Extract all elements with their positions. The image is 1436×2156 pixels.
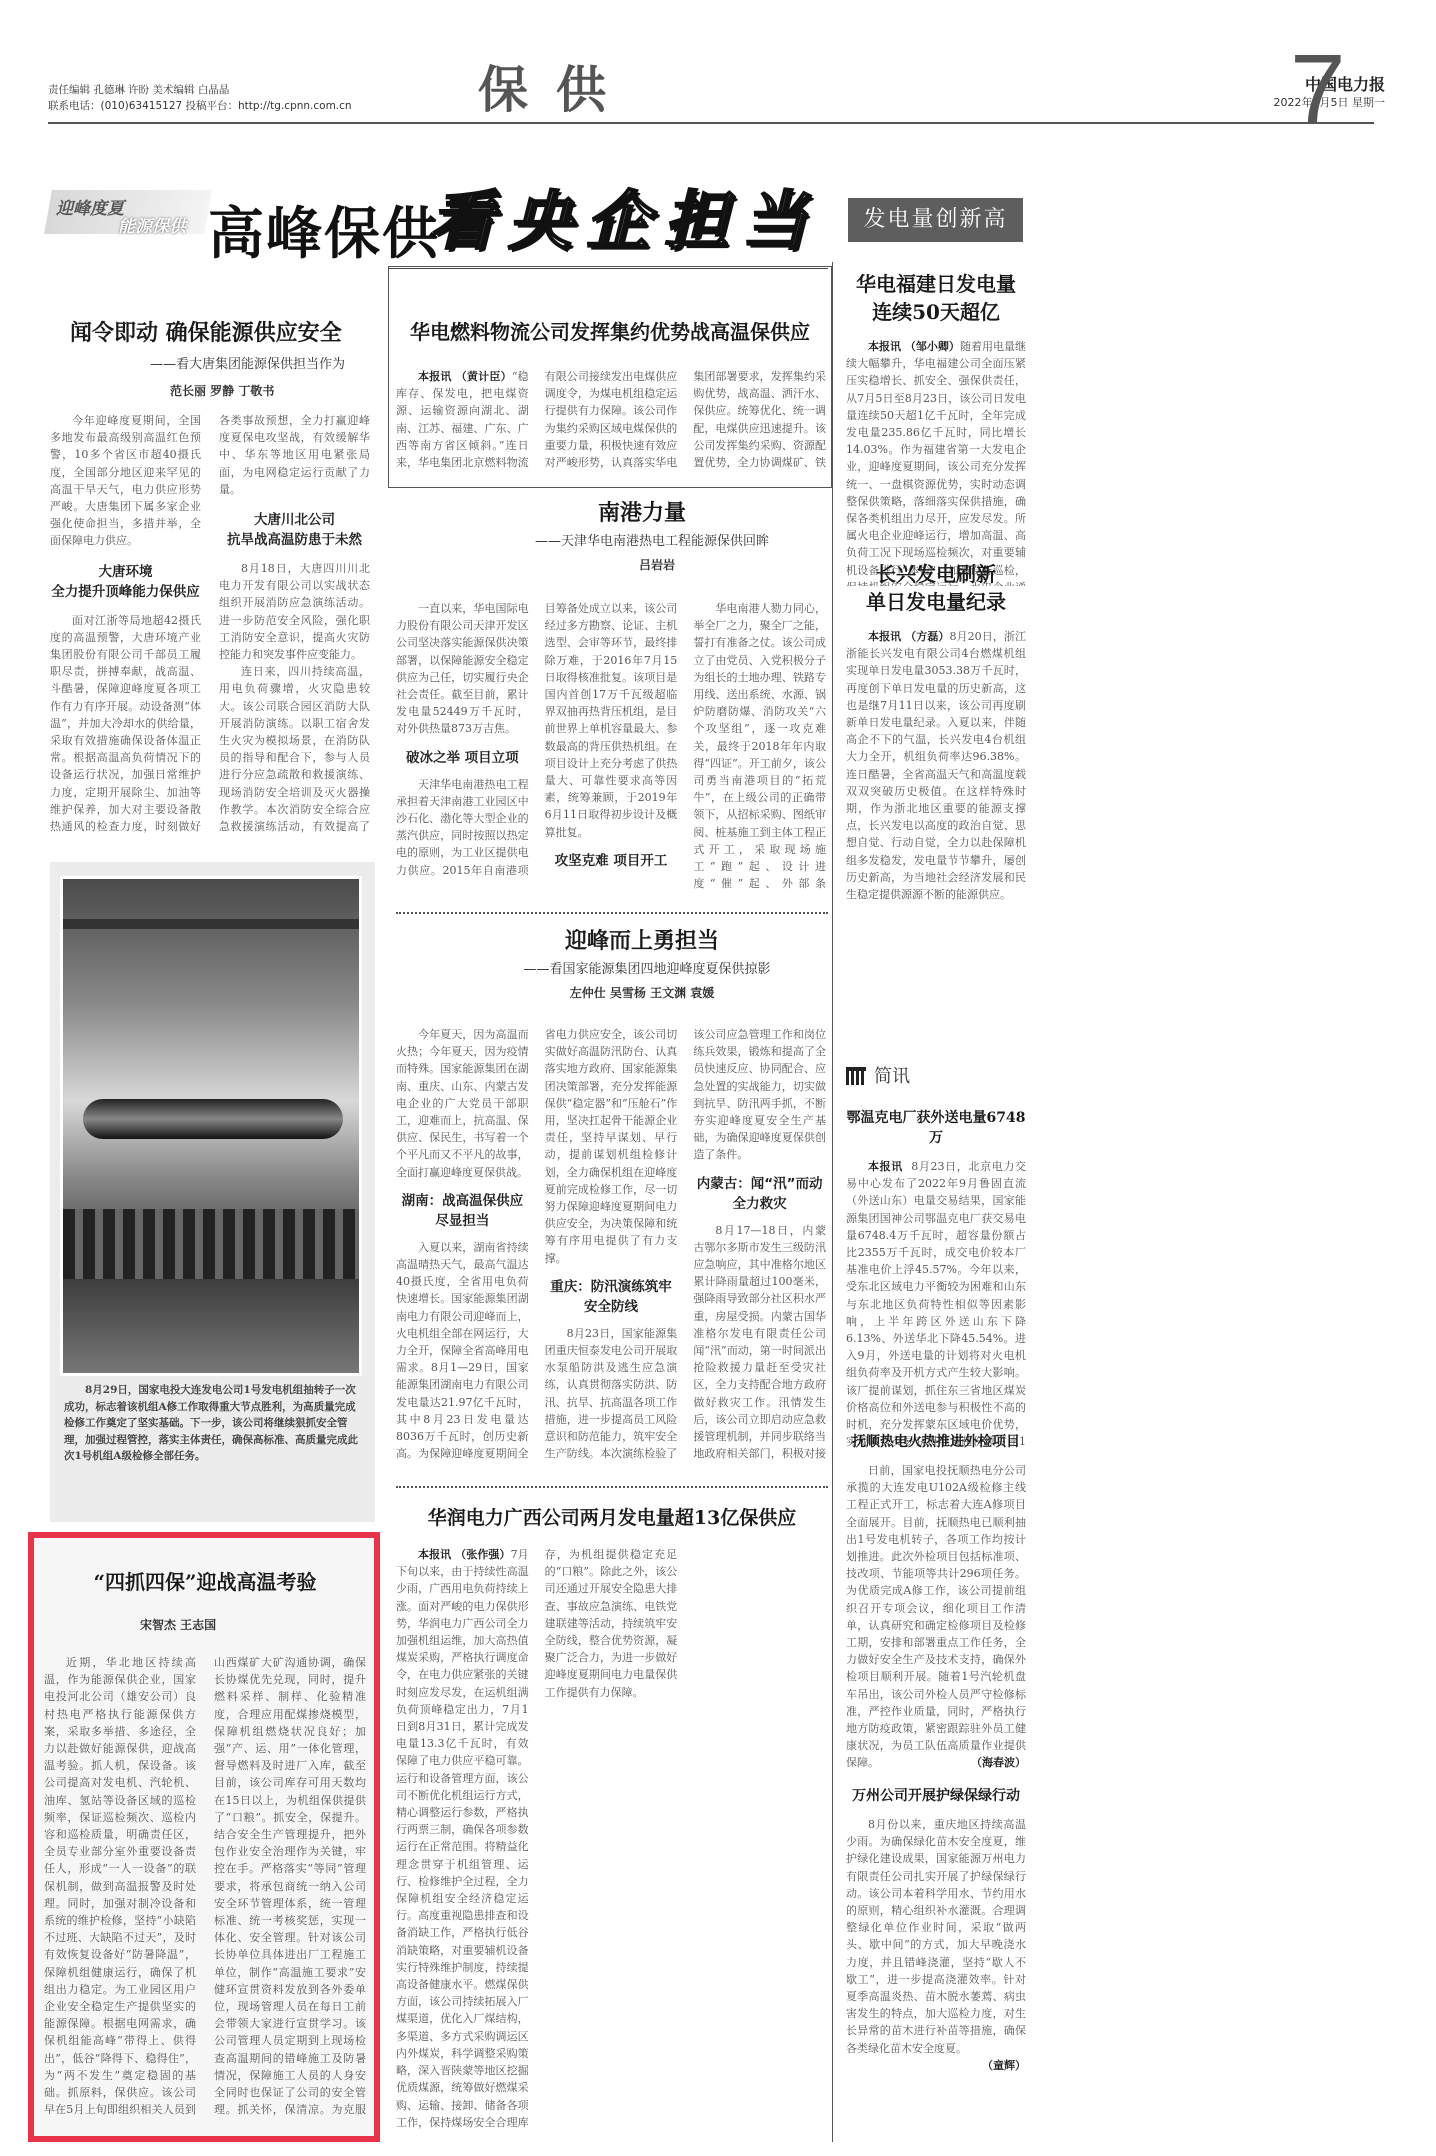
briefs-label: 简讯 <box>874 1066 910 1087</box>
dotted-divider <box>396 912 828 914</box>
article-datang: 闻令即动 确保能源供应安全 ——看大唐集团能源保供担当作为 范长丽 罗静 丁敬书 <box>50 318 380 399</box>
article-huadian-fuel: 华电燃料物流公司发挥集约优势战高温保供应 <box>388 318 832 346</box>
article-sizhua: “四抓四保”迎战高温考验 宋智杰 王志国 <box>40 1568 370 1633</box>
article-guoneng-body: 今年夏天，因为高温而火热；今年夏天，因为疫情而特殊。国家能源集团在湖南、重庆、山… <box>396 1026 826 1474</box>
briefs-icon <box>846 1067 866 1085</box>
section-heading: 大唐环境 <box>50 562 201 582</box>
article-huarun-body: 本报讯 （张作强）7月下旬以来，由于持续性高温少雨，广西用电负荷持续上涨。面对严… <box>396 1546 826 2138</box>
photo-caption: 8月29日，国家电投大连发电公司1号发电机组抽转子一次成功，标志着该机组A修工作… <box>64 1382 364 1465</box>
story-title-line1: 长兴发电刷新 <box>846 560 1026 588</box>
brief-title: 万州公司开展护绿保绿行动 <box>846 1786 1026 1806</box>
article-subtitle: ——看大唐集团能源保供担当作为 <box>50 354 380 376</box>
section-heading: 破冰之举 项目立项 <box>396 748 529 768</box>
dotted-divider <box>396 1486 828 1488</box>
section-heading: 大唐川北公司 <box>219 510 370 530</box>
section-heading: 全力提升顶峰能力保供应 <box>50 582 201 602</box>
story-title-line2: 单日发电量纪录 <box>846 588 1026 616</box>
article-subtitle: ——天津华电南港热电工程能源保供回眸 <box>396 532 828 552</box>
issue-date: 2022年9月5日 星期一 <box>1130 94 1385 110</box>
story-lead: 本报讯 （邹小卿） <box>868 340 960 353</box>
article-byline: 吕岩岩 <box>396 556 828 573</box>
article-nangang-body: 一直以来，华电国际电力股份有限公司天津开发区公司坚决落实能源保供决策部署，以保障… <box>396 600 826 896</box>
brief-author: （童辉） <box>960 2057 1026 2074</box>
editor-credits: 责任编辑 孔德琳 许盼 美术编辑 白晶晶 <box>48 82 352 98</box>
masthead-credits: 责任编辑 孔德琳 许盼 美术编辑 白晶晶 联系电话：(010)63415127 … <box>48 82 352 114</box>
contact-info: 联系电话：(010)63415127 投稿平台：http://tg.cpnn.c… <box>48 98 352 114</box>
brief-body: 日前，国家电投抚顺热电分公司承揽的大连发电U102A级检修主线工程正式开工，标志… <box>846 1462 1026 1782</box>
section-heading: 内蒙古：闻“汛”而动全力救灾 <box>693 1174 826 1214</box>
news-photo <box>60 876 362 1376</box>
article-datang-body: 今年迎峰度夏期间，全国多地发布最高级别高温红色预警，10多个省区市超40摄氏度，… <box>50 412 370 848</box>
banner-tag-line1: 迎峰度夏 <box>56 194 124 219</box>
article-subtitle: ——看国家能源集团四地迎峰度夏保供掠影 <box>396 960 828 980</box>
masthead-rule <box>48 122 1374 124</box>
article-huarun: 华润电力广西公司两月发电量超13亿保供应 <box>396 1504 828 1532</box>
story-body: 本报讯 （方磊）8月20日，浙江浙能长兴发电有限公司4台燃煤机组实现单日发电量3… <box>846 628 1026 1058</box>
story-title-line2: 连续50天超亿 <box>846 298 1026 326</box>
brief-fushun: 抚顺热电火热推进外检项目 日前，国家电投抚顺热电分公司承揽的大连发电U102A级… <box>846 1432 1026 1782</box>
section-heading: 攻坚克难 项目开工 <box>545 851 678 871</box>
section-heading: 重庆：防汛演练筑牢安全防线 <box>545 1277 678 1317</box>
story-body: 本报讯 （邹小卿）随着用电量继续大幅攀升，华电福建公司全面压紧压实稳增长、抓安全… <box>846 338 1026 586</box>
brief-body: 8月份以来，重庆地区持续高温少雨。为确保绿化苗木安全度夏，维护绿化建设成果，国家… <box>846 1816 1026 2136</box>
article-guoneng: 迎峰而上勇担当 ——看国家能源集团四地迎峰度夏保供掠影 左仲仕 吴雪杨 王文渊 … <box>396 926 828 1001</box>
section-tab: 发电量创新高 <box>848 198 1023 242</box>
story-lead: 本报讯 （方磊） <box>868 630 950 643</box>
section-heading: 抗旱战高温防患于未然 <box>219 530 370 550</box>
section-heading: 湖南：战高温保供应尽显担当 <box>396 1191 529 1231</box>
brief-body: 本报讯 8月23日，北京电力交易中心发布了2022年9月鲁固直流（外送山东）电量… <box>846 1158 1026 1448</box>
article-title: 南港力量 <box>396 498 828 528</box>
page-number: 7 <box>1290 40 1346 140</box>
paper-name: 中国电力报 <box>1175 72 1385 95</box>
brief-ewenke: 鄂温克电厂获外送电量6748万 本报讯 8月23日，北京电力交易中心发布了202… <box>846 1108 1026 1448</box>
article-title: 华电燃料物流公司发挥集约优势战高温保供应 <box>388 318 832 346</box>
story-changxing: 长兴发电刷新 单日发电量纪录 本报讯 （方磊）8月20日，浙江浙能长兴发电有限公… <box>846 560 1026 1058</box>
article-sizhua-body: 近期，华北地区持续高温，作为能源保供企业，国家电投河北公司（雄安公司）良村热电严… <box>44 1654 366 2130</box>
banner-calligraphy: 看央企担当 <box>430 170 820 262</box>
brief-title: 鄂温克电厂获外送电量6748万 <box>846 1108 1026 1148</box>
article-title: 华润电力广西公司两月发电量超13亿保供应 <box>396 1504 828 1532</box>
briefs-header: 简讯 <box>846 1062 1026 1088</box>
photo-workers <box>63 1209 362 1279</box>
story-huadian-fujian: 华电福建日发电量 连续50天超亿 本报讯 （邹小卿）随着用电量继续大幅攀升，华电… <box>846 270 1026 586</box>
article-title: “四抓四保”迎战高温考验 <box>40 1568 370 1596</box>
section-title: 保供 <box>478 50 634 122</box>
article-nangang: 南港力量 ——天津华电南港热电工程能源保供回眸 吕岩岩 <box>396 498 828 573</box>
brief-wanzhou: 万州公司开展护绿保绿行动 8月份以来，重庆地区持续高温少雨。为确保绿化苗木安全度… <box>846 1786 1026 2136</box>
article-byline: 左仲仕 吴雪杨 王文渊 袁媛 <box>396 984 828 1001</box>
photo-crane-beam <box>63 919 362 929</box>
banner-title: 高峰保供 <box>208 190 440 270</box>
banner-tag-line2: 能源保供 <box>118 212 186 237</box>
article-title: 闻令即动 确保能源供应安全 <box>50 318 380 348</box>
brief-title: 抚顺热电火热推进外检项目 <box>846 1432 1026 1452</box>
column-divider <box>832 262 833 2142</box>
photo-generator-rotor <box>83 1099 343 1139</box>
article-title: 迎峰而上勇担当 <box>396 926 828 956</box>
brief-author: （海春波） <box>949 1754 1026 1771</box>
story-title-line1: 华电福建日发电量 <box>846 270 1026 298</box>
article-byline: 宋智杰 王志国 <box>40 1616 370 1633</box>
article-huadian-fuel-body: 本报讯 （黄计臣）“稳库存、保发电，把电煤资源、运输资源向湖北、湖南、江苏、福建… <box>396 368 826 482</box>
article-byline: 范长丽 罗静 丁敬书 <box>50 382 380 399</box>
